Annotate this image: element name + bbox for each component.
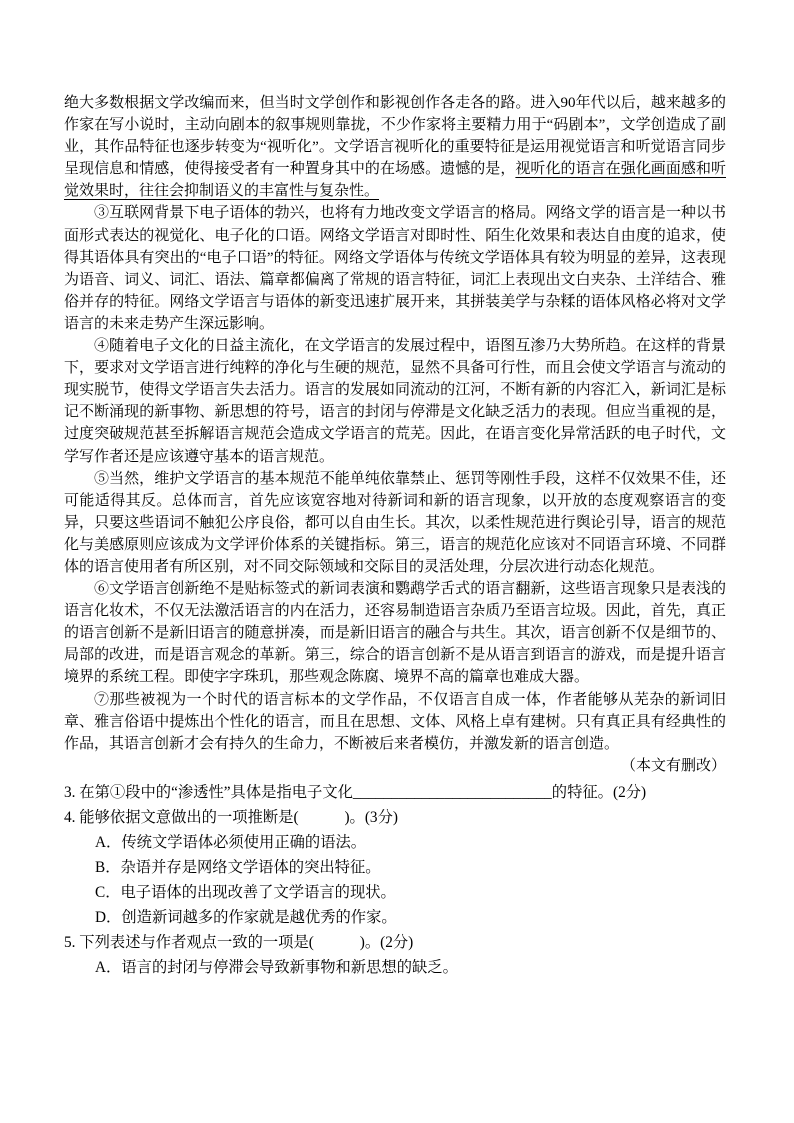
question-4-option-b: B．杂语并存是网络文学语体的突出特征。 [64, 855, 726, 880]
page-content: 绝大多数根据文学改编而来，但当时文学创作和影视创作各走各的路。进入90年代以后，… [64, 92, 726, 980]
question-3-stem: 3. 在第①段中的“渗透性”具体是指电子文化__________________… [64, 780, 726, 805]
exam-document-page: 绝大多数根据文学改编而来，但当时文学创作和影视创作各走各的路。进入90年代以后，… [0, 0, 794, 1123]
paragraph-3: ③互联网背景下电子语体的勃兴，也将有力地改变文学语言的格局。网络文学的语言是一种… [64, 202, 726, 335]
question-4-option-a: A．传统文学语体必须使用正确的语法。 [64, 830, 726, 855]
reading-passage: 绝大多数根据文学改编而来，但当时文学创作和影视创作各走各的路。进入90年代以后，… [64, 92, 726, 777]
question-4-option-c: C．电子语体的出现改善了文学语言的现状。 [64, 880, 726, 905]
paragraph-7: ⑦那些被视为一个时代的语言标本的文学作品，不仅语言自成一体，作者能够从芜杂的新词… [64, 689, 726, 755]
question-5-option-a: A．语言的封闭与停滞会导致新事物和新思想的缺乏。 [64, 955, 726, 980]
questions-section: 3. 在第①段中的“渗透性”具体是指电子文化__________________… [64, 780, 726, 980]
question-4-option-d: D．创造新词越多的作家就是越优秀的作家。 [64, 905, 726, 930]
source-note: （本文有删改） [64, 755, 726, 777]
paragraph-6: ⑥文学语言创新绝不是贴标签式的新词表演和鹦鹉学舌式的语言翻新，这些语言现象只是表… [64, 578, 726, 688]
paragraph-5: ⑤当然，维护文学语言的基本规范不能单纯依靠禁止、惩罚等刚性手段，这样不仅效果不佳… [64, 468, 726, 578]
question-4-stem: 4. 能够依据文意做出的一项推断是( )。(3分) [64, 805, 726, 830]
paragraph-4: ④随着电子文化的日益主流化，在文学语言的发展过程中，语图互渗乃大势所趋。在这样的… [64, 335, 726, 468]
paragraph-continuation: 绝大多数根据文学改编而来，但当时文学创作和影视创作各走各的路。进入90年代以后，… [64, 92, 726, 202]
question-5-stem: 5. 下列表述与作者观点一致的一项是( )。(2分) [64, 930, 726, 955]
